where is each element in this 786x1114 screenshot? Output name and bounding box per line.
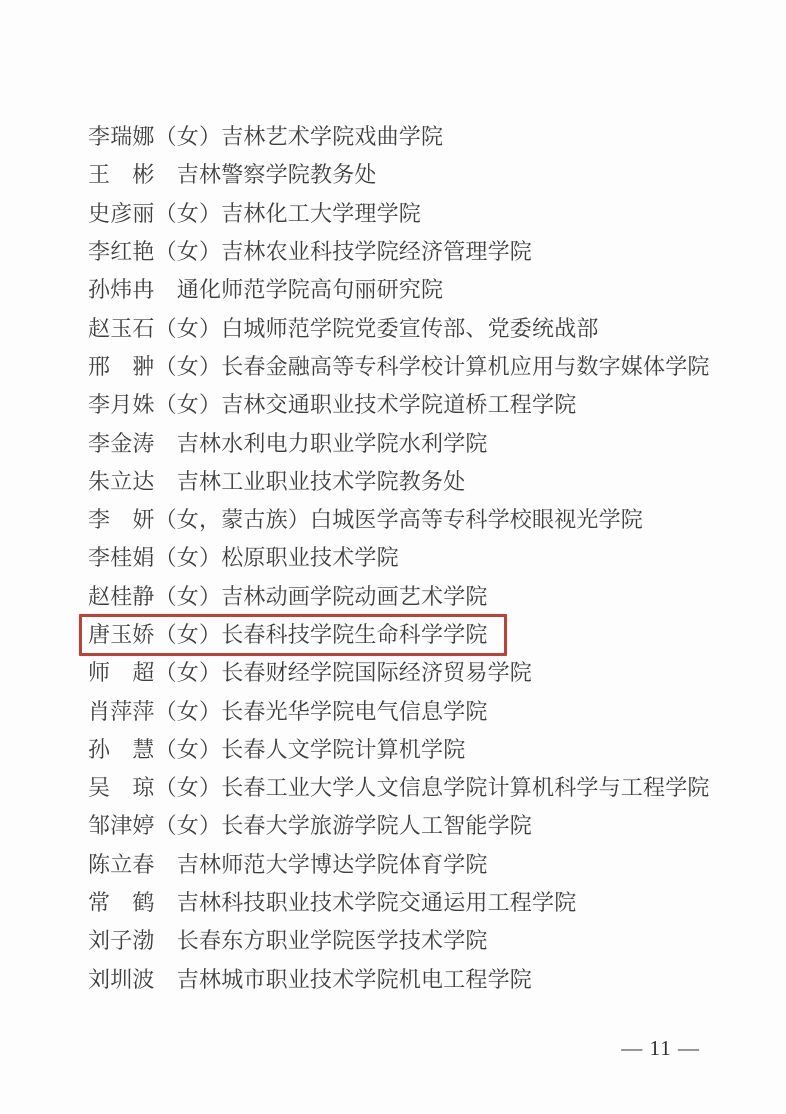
list-item-highlighted: 唐玉娇（女）长春科技学院生命科学学院 — [88, 616, 746, 654]
entry-text: 孙炜冉 通化师范学院高句丽研究院 — [88, 279, 443, 301]
list-item: 师 超（女）长春财经学院国际经济贸易学院 — [88, 654, 746, 692]
entry-text: 李红艳（女）吉林农业科技学院经济管理学院 — [88, 241, 532, 263]
highlight-box: 唐玉娇（女）长春科技学院生命科学学院 — [79, 614, 507, 656]
list-item: 李 妍（女，蒙古族）白城医学高等专科学校眼视光学院 — [88, 501, 746, 539]
list-item: 朱立达 吉林工业职业技术学院教务处 — [88, 463, 746, 501]
entry-text: 陈立春 吉林师范大学博达学院体育学院 — [88, 854, 488, 876]
entry-text: 肖萍萍（女）长春光华学院电气信息学院 — [88, 701, 488, 723]
entry-text: 邹津婷（女）长春大学旅游学院人工智能学院 — [88, 815, 532, 837]
entry-text: 李瑞娜（女）吉林艺术学院戏曲学院 — [88, 126, 443, 148]
list-item: 刘圳波 吉林城市职业技术学院机电工程学院 — [88, 961, 746, 999]
list-item: 李瑞娜（女）吉林艺术学院戏曲学院 — [88, 118, 746, 156]
list-item: 孙炜冉 通化师范学院高句丽研究院 — [88, 271, 746, 309]
list-item: 李月姝（女）吉林交通职业技术学院道桥工程学院 — [88, 386, 746, 424]
list-item: 王 彬 吉林警察学院教务处 — [88, 156, 746, 194]
document-page: 李瑞娜（女）吉林艺术学院戏曲学院 王 彬 吉林警察学院教务处 史彦丽（女）吉林化… — [0, 0, 786, 1114]
list-item: 李红艳（女）吉林农业科技学院经济管理学院 — [88, 233, 746, 271]
entry-text: 李金涛 吉林水利电力职业学院水利学院 — [88, 433, 488, 455]
list-item: 邢 翀（女）长春金融高等专科学校计算机应用与数字媒体学院 — [88, 348, 746, 386]
list-item: 刘子渤 长春东方职业学院医学技术学院 — [88, 922, 746, 960]
entry-text: 赵桂静（女）吉林动画学院动画艺术学院 — [88, 586, 488, 608]
list-item: 陈立春 吉林师范大学博达学院体育学院 — [88, 846, 746, 884]
entry-text: 吴 琼（女）长春工业大学人文信息学院计算机科学与工程学院 — [88, 777, 710, 799]
entry-text: 王 彬 吉林警察学院教务处 — [88, 164, 377, 186]
list-item: 常 鹤 吉林科技职业技术学院交通运用工程学院 — [88, 884, 746, 922]
entry-text: 师 超（女）长春财经学院国际经济贸易学院 — [88, 662, 532, 684]
entry-text: 孙 慧（女）长春人文学院计算机学院 — [88, 739, 465, 761]
entry-text: 赵玉石（女）白城师范学院党委宣传部、党委统战部 — [88, 318, 599, 340]
page-number: — 11 — — [621, 1036, 700, 1061]
entry-text: 史彦丽（女）吉林化工大学理学院 — [88, 203, 421, 225]
entry-text: 李月姝（女）吉林交通职业技术学院道桥工程学院 — [88, 394, 576, 416]
entry-text: 刘子渤 长春东方职业学院医学技术学院 — [88, 930, 488, 952]
entry-text: 刘圳波 吉林城市职业技术学院机电工程学院 — [88, 969, 532, 991]
list-item: 赵玉石（女）白城师范学院党委宣传部、党委统战部 — [88, 309, 746, 347]
entry-text: 李桂娟（女）松原职业技术学院 — [88, 547, 399, 569]
list-item: 吴 琼（女）长春工业大学人文信息学院计算机科学与工程学院 — [88, 769, 746, 807]
entry-text: 李 妍（女，蒙古族）白城医学高等专科学校眼视光学院 — [88, 509, 643, 531]
list-item: 李金涛 吉林水利电力职业学院水利学院 — [88, 424, 746, 462]
list-item: 邹津婷（女）长春大学旅游学院人工智能学院 — [88, 807, 746, 845]
entry-text: 朱立达 吉林工业职业技术学院教务处 — [88, 471, 465, 493]
list-item: 孙 慧（女）长春人文学院计算机学院 — [88, 731, 746, 769]
name-list: 李瑞娜（女）吉林艺术学院戏曲学院 王 彬 吉林警察学院教务处 史彦丽（女）吉林化… — [88, 118, 746, 999]
list-item: 肖萍萍（女）长春光华学院电气信息学院 — [88, 692, 746, 730]
list-item: 赵桂静（女）吉林动画学院动画艺术学院 — [88, 578, 746, 616]
list-item: 李桂娟（女）松原职业技术学院 — [88, 539, 746, 577]
list-item: 史彦丽（女）吉林化工大学理学院 — [88, 195, 746, 233]
entry-text: 常 鹤 吉林科技职业技术学院交通运用工程学院 — [88, 892, 576, 914]
entry-text: 邢 翀（女）长春金融高等专科学校计算机应用与数字媒体学院 — [88, 356, 710, 378]
